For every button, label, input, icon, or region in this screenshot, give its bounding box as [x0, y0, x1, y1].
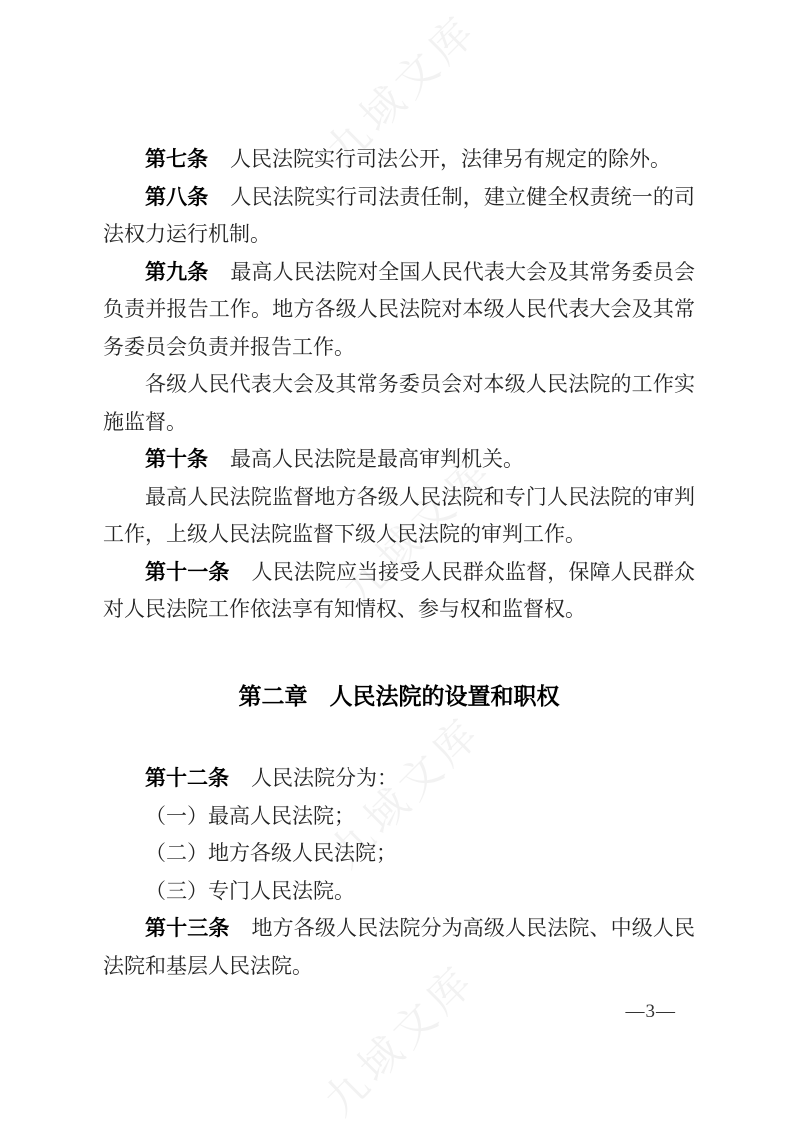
chapter-2-number: 第二章	[239, 684, 308, 709]
article-10-number: 第十条	[145, 447, 208, 471]
page-number: —3—	[626, 1001, 677, 1023]
article-13-number: 第十三条	[145, 916, 230, 940]
article-9-continuation-text: 各级人民代表大会及其常务委员会对本级人民法院的工作实施监督。	[103, 372, 695, 434]
document-page: 九域文库 九域文库 九域文库 九域文库 第七条人民法院实行司法公开，法律另有规定…	[0, 0, 793, 1122]
article-7-text: 人民法院实行司法公开，法律另有规定的除外。	[230, 147, 671, 171]
article-9-number: 第九条	[145, 260, 208, 284]
article-11-paragraph: 第十一条人民法院应当接受人民群众监督，保障人民群众对人民法院工作依法享有知情权、…	[103, 554, 695, 629]
article-7-paragraph: 第七条人民法院实行司法公开，法律另有规定的除外。	[103, 141, 695, 179]
article-10-text: 最高人民法院是最高审判机关。	[230, 447, 524, 471]
article-10-continuation-paragraph: 最高人民法院监督地方各级人民法院和专门人民法院的审判工作，上级人民法院监督下级人…	[103, 479, 695, 554]
article-12-item-3: （三）专门人民法院。	[103, 873, 695, 911]
article-9-continuation-paragraph: 各级人民代表大会及其常务委员会对本级人民法院的工作实施监督。	[103, 366, 695, 441]
chapter-2-heading: 第二章人民法院的设置和职权	[103, 678, 695, 716]
article-9-paragraph: 第九条最高人民法院对全国人民代表大会及其常务委员会负责并报告工作。地方各级人民法…	[103, 254, 695, 367]
page-content: 第七条人民法院实行司法公开，法律另有规定的除外。 第八条人民法院实行司法责任制，…	[103, 141, 695, 985]
article-8-number: 第八条	[145, 185, 208, 209]
article-12-item-1-text: （一）最高人民法院；	[145, 804, 355, 828]
article-12-item-1: （一）最高人民法院；	[103, 798, 695, 836]
article-12-item-3-text: （三）专门人民法院。	[145, 879, 355, 903]
article-10-paragraph: 第十条最高人民法院是最高审判机关。	[103, 441, 695, 479]
article-10-continuation-text: 最高人民法院监督地方各级人民法院和专门人民法院的审判工作，上级人民法院监督下级人…	[103, 485, 695, 547]
article-12-number: 第十二条	[145, 766, 229, 790]
article-11-number: 第十一条	[145, 560, 230, 584]
article-12-text: 人民法院分为：	[251, 766, 398, 790]
chapter-2-title: 人民法院的设置和职权	[330, 684, 560, 709]
article-13-paragraph: 第十三条地方各级人民法院分为高级人民法院、中级人民法院和基层人民法院。	[103, 910, 695, 985]
article-8-paragraph: 第八条人民法院实行司法责任制，建立健全权责统一的司法权力运行机制。	[103, 179, 695, 254]
article-12-item-2: （二）地方各级人民法院；	[103, 835, 695, 873]
article-12-paragraph: 第十二条人民法院分为：	[103, 760, 695, 798]
article-7-number: 第七条	[145, 147, 208, 171]
article-12-item-2-text: （二）地方各级人民法院；	[145, 841, 397, 865]
